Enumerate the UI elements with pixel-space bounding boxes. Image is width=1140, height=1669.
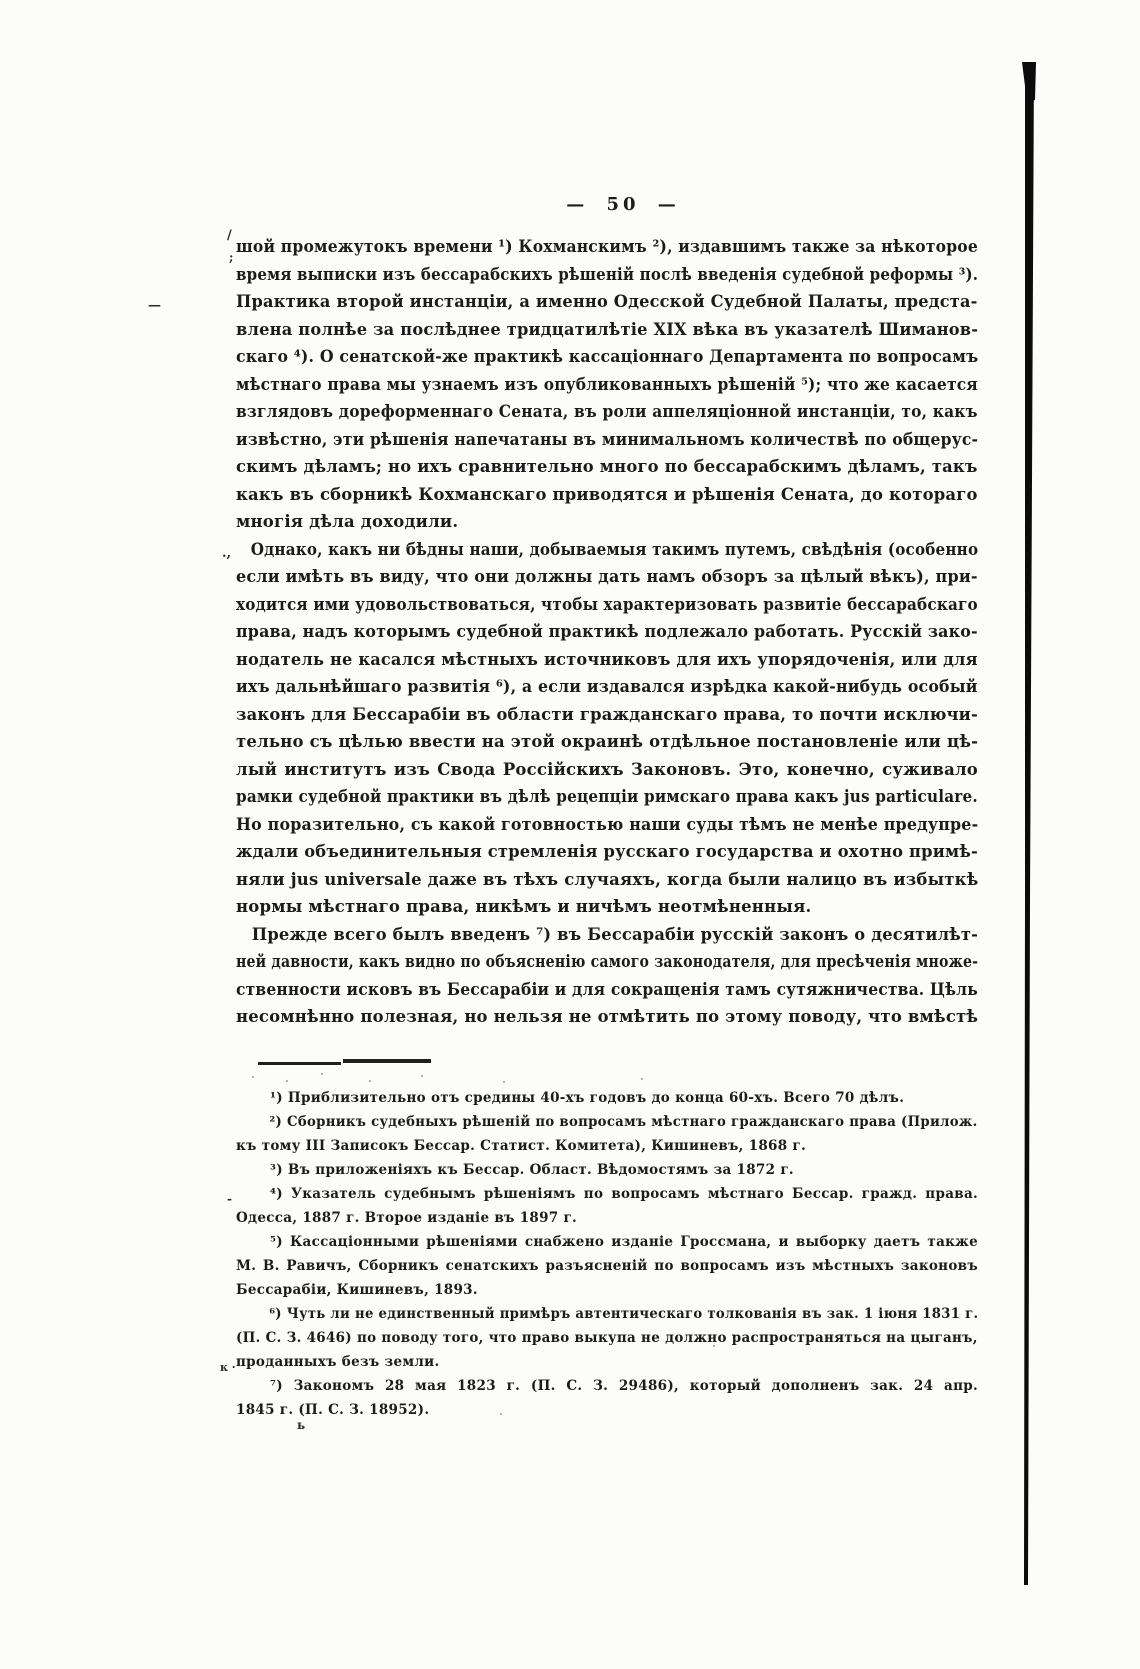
scanned-book-page: — 50 — шой промежутокъ времени ¹) Кохман… xyxy=(0,0,1140,1669)
body-line: время выписки изъ бессарабскихъ рѣшеній … xyxy=(236,261,912,289)
footnotes: ¹) Приблизительно отъ средины 40-хъ годо… xyxy=(236,1086,978,1422)
body-line: многія дѣла доходили. xyxy=(236,508,978,536)
body-line: лый институтъ изъ Свода Россійскихъ Зако… xyxy=(236,756,978,784)
footnote-line: ⁷) Закономъ 28 мая 1823 г. (П. С. З. 294… xyxy=(236,1374,978,1398)
body-line: права, надъ которымъ судебной практикѣ п… xyxy=(236,618,949,646)
footnote-line: ⁵) Кассаціонными рѣшеніями снабжено изда… xyxy=(236,1230,978,1254)
body-line: влена полнѣе за послѣднее тридцатилѣтіе … xyxy=(236,316,966,344)
scan-speckle xyxy=(503,1081,505,1083)
margin-mark: — xyxy=(148,298,161,313)
body-text: шой промежутокъ времени ¹) Кохманскимъ ²… xyxy=(236,233,978,1031)
margin-mark: к · xyxy=(220,1361,236,1374)
footnote-line: Бессарабіи, Кишиневъ, 1893. xyxy=(236,1278,978,1302)
body-line: рамки судебной практики въ дѣлѣ рецепціи… xyxy=(236,783,921,811)
body-line: Прежде всего былъ введенъ ⁷) въ Бессараб… xyxy=(236,921,967,949)
footnote-line: ³) Въ приложеніяхъ къ Бессар. Област. Вѣ… xyxy=(236,1158,978,1182)
scan-speckle xyxy=(713,1345,715,1347)
footnote-line: М. В. Равичъ, Сборникъ сенатскихъ разъяс… xyxy=(236,1254,978,1278)
scan-speckle xyxy=(252,1076,254,1078)
scan-speckle xyxy=(845,1264,847,1266)
body-line: какъ въ сборникѣ Кохманскаго приводятся … xyxy=(236,481,974,509)
body-line: шой промежутокъ времени ¹) Кохманскимъ ²… xyxy=(236,233,936,261)
footnote-rule xyxy=(258,1062,341,1065)
footnote-rule xyxy=(343,1059,431,1063)
footnote-line: ¹) Приблизительно отъ средины 40-хъ годо… xyxy=(236,1086,978,1110)
body-line: извѣстно, эти рѣшенія напечатаны въ мини… xyxy=(236,426,937,454)
footnote-line: ⁴) Указатель судебнымъ рѣшеніямъ по вопр… xyxy=(236,1182,978,1206)
scan-speckle xyxy=(641,1078,643,1080)
body-line: законъ для Бессарабіи въ области граждан… xyxy=(236,701,971,729)
scan-speckle xyxy=(369,1080,371,1082)
body-line: ней давности, какъ видно по объясненію с… xyxy=(236,948,871,976)
footnote-line: ²) Сборникъ судебныхъ рѣшеній по вопроса… xyxy=(236,1110,965,1134)
margin-mark: - xyxy=(227,1192,232,1206)
scan-speckle xyxy=(500,1413,502,1415)
body-line: взглядовъ дореформеннаго Сената, въ роли… xyxy=(236,398,930,426)
scan-speckle xyxy=(421,1075,423,1077)
body-line: ждали объединительныя стремленія русскаг… xyxy=(236,838,968,866)
margin-mark: ., xyxy=(222,546,231,561)
body-line: ихъ дальнѣйшаго развитія ⁶), а если изда… xyxy=(236,673,945,701)
footnote-line: 1845 г. (П. С. З. 18952). xyxy=(236,1398,978,1422)
body-line: няли jus universale даже въ тѣхъ случаях… xyxy=(236,866,975,894)
footnote-line: къ тому III Записокъ Бессар. Статист. Ко… xyxy=(236,1134,978,1158)
footnote-line: Одесса, 1887 г. Второе изданіе въ 1897 г… xyxy=(236,1206,978,1230)
margin-mark: / xyxy=(227,228,232,243)
body-line: нормы мѣстнаго права, никѣмъ и ничѣмъ не… xyxy=(236,893,978,921)
scan-speckle xyxy=(321,1073,323,1075)
scan-speckle xyxy=(286,1080,288,1082)
body-line: мѣстнаго права мы узнаемъ изъ опубликова… xyxy=(236,371,930,399)
body-line: нодатель не касался мѣстныхъ источниковъ… xyxy=(236,646,963,674)
footnote-line: (П. С. З. 4646) по поводу того, что прав… xyxy=(236,1326,976,1350)
body-line: Но поразительно, съ какой готовностью на… xyxy=(236,811,949,839)
footnote-line: проданныхъ безъ земли. xyxy=(236,1350,978,1374)
body-line: ходится ими удовольствоваться, чтобы хар… xyxy=(236,591,920,619)
body-line: Однако, какъ ни бѣдны наши, добываемыя т… xyxy=(236,536,918,564)
body-line: если имѣть въ виду, что они должны дать … xyxy=(236,563,955,591)
margin-mark: ; xyxy=(229,250,233,264)
body-line: Практика второй инстанціи, а именно Одес… xyxy=(236,288,964,316)
footnote-line: ⁶) Чуть ли не единственный примѣръ автен… xyxy=(236,1302,961,1326)
margin-mark: ь xyxy=(297,1418,305,1432)
body-line: ственности исковъ въ Бессарабіи и для со… xyxy=(236,976,932,1004)
page-number: — 50 — xyxy=(523,194,723,215)
body-line: скимъ дѣламъ; но ихъ сравнительно много … xyxy=(236,453,971,481)
body-line: несомнѣнно полезная, но нельзя не отмѣти… xyxy=(236,1003,976,1031)
body-line: тельно съ цѣлью ввести на этой окраинѣ о… xyxy=(236,728,976,756)
body-line: скаго ⁴). О сенатской-же практикѣ кассац… xyxy=(236,343,943,371)
